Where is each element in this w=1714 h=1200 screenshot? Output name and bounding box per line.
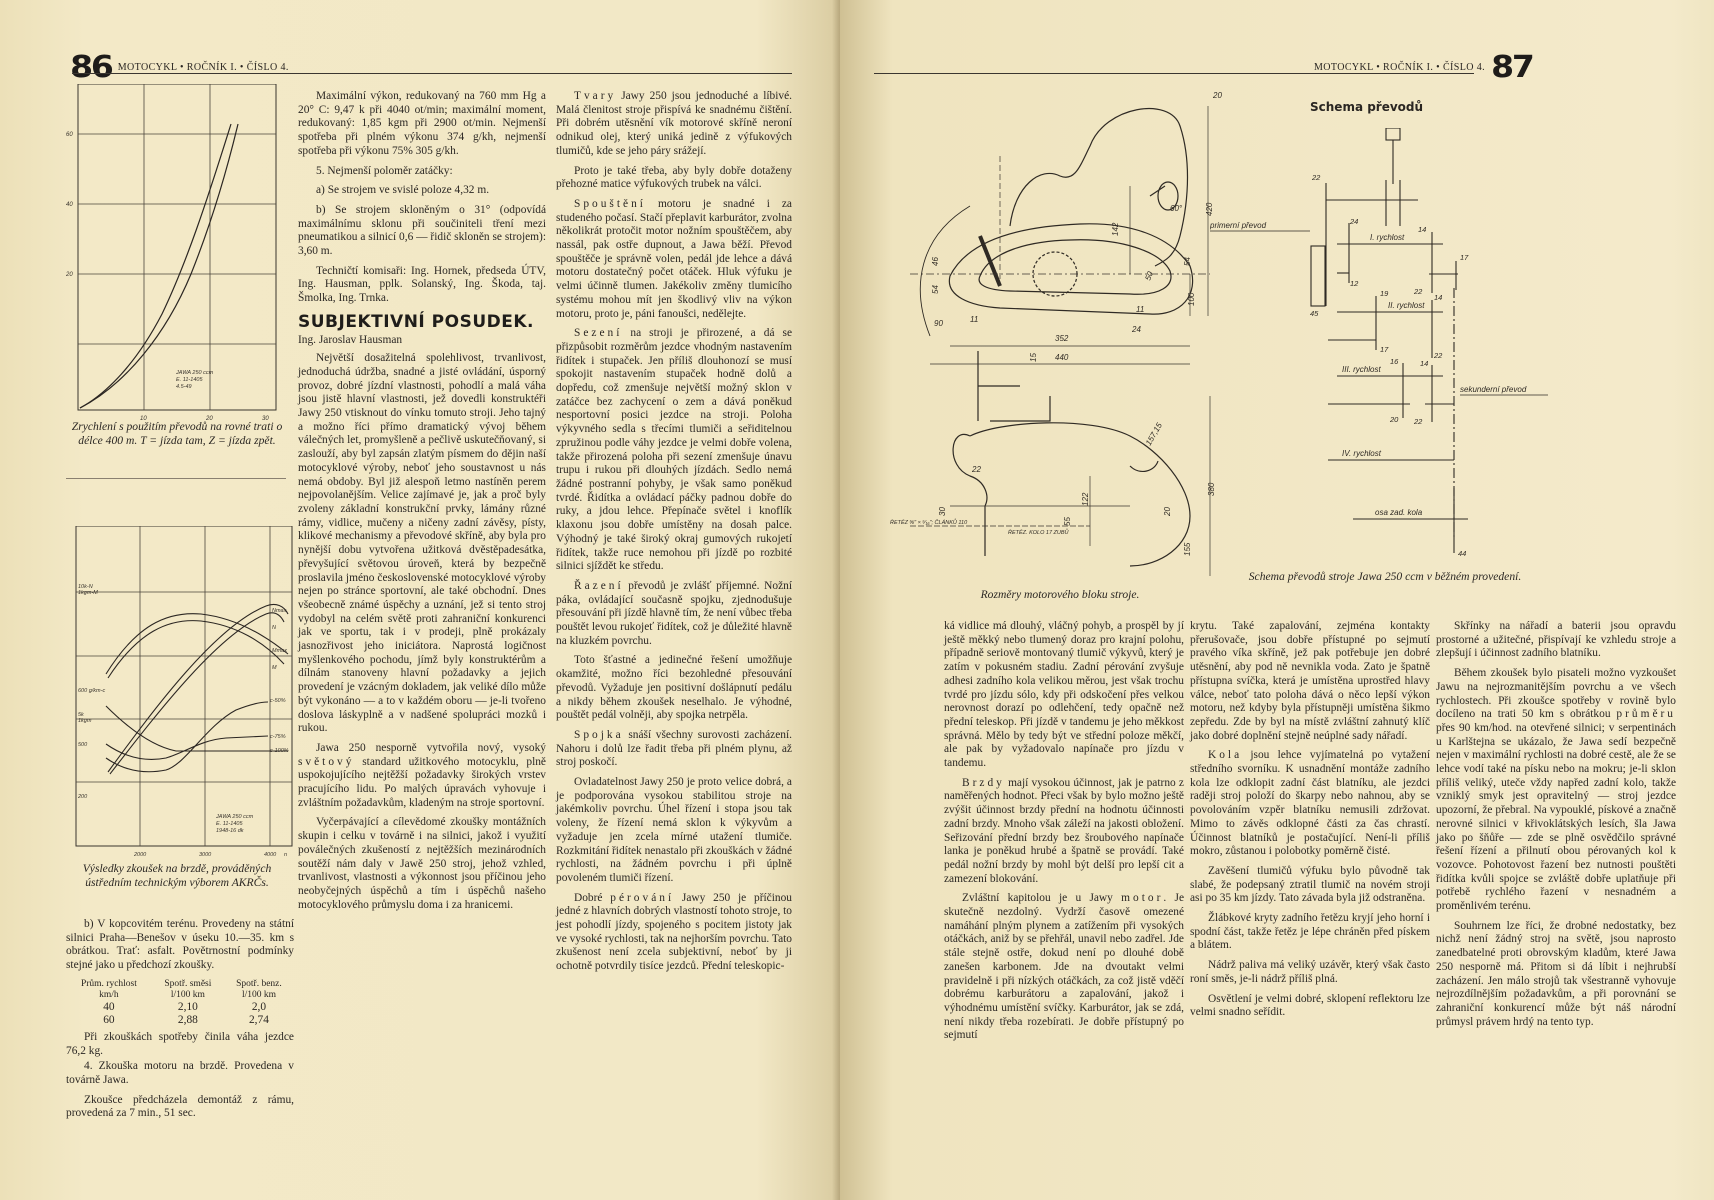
svg-text:600 g/km-c: 600 g/km-c xyxy=(78,688,105,694)
svg-text:122: 122 xyxy=(1081,492,1090,506)
page-number: 86 xyxy=(70,50,112,85)
paragraph: Spouštění motoru je snadné i za studenéh… xyxy=(556,198,792,321)
table-header-row: Prům. rychlostkm/h Spotř. směsil/100 km … xyxy=(66,979,294,1001)
paragraph: Osvětlení je velmi dobré, sklopení refle… xyxy=(1190,993,1430,1020)
paragraph: Vyčerpávající a cílevědomé zkoušky montá… xyxy=(298,816,546,912)
running-header-right: MOTOCYKL • ROČNÍK I. • ČÍSLO 4. 87 xyxy=(1314,50,1531,85)
running-header-title: MOTOCYKL • ROČNÍK I. • ČÍSLO 4. xyxy=(1314,62,1485,73)
svg-text:200: 200 xyxy=(77,794,88,800)
svg-text:Nmax: Nmax xyxy=(272,608,287,614)
svg-text:JAWA 250 ccm: JAWA 250 ccm xyxy=(175,370,214,376)
svg-text:III. rychlost: III. rychlost xyxy=(1342,365,1381,374)
paragraph: Maximální výkon, redukovaný na 760 mm Hg… xyxy=(298,90,546,159)
svg-text:E. 11-1405: E. 11-1405 xyxy=(176,377,203,383)
engine-drawing-caption: Rozměry motorového bloku stroje. xyxy=(940,588,1180,602)
svg-text:100: 100 xyxy=(1187,292,1196,306)
svg-text:60°: 60° xyxy=(1170,204,1183,213)
header-rule xyxy=(72,73,792,74)
paragraph: Během zkoušek bylo pisateli možno vyzkou… xyxy=(1436,667,1676,914)
paragraph: Při zkouškách spotřeby činila váha jezdc… xyxy=(66,1031,294,1058)
svg-text:17: 17 xyxy=(1380,345,1389,354)
svg-text:22: 22 xyxy=(1311,173,1321,182)
svg-text:JAWA 250 ccm: JAWA 250 ccm xyxy=(215,814,254,820)
paragraph: krytu. Také zapalování, zejména kontakty… xyxy=(1190,620,1430,743)
acceleration-chart-caption: Zrychlení s použitím převodů na rovné tr… xyxy=(64,420,290,448)
svg-text:157,15: 157,15 xyxy=(1144,421,1164,447)
svg-text:n: n xyxy=(284,852,287,856)
right-column-2-text: krytu. Také zapalování, zejména kontakty… xyxy=(1190,620,1430,1026)
cell: 2,10 xyxy=(152,1001,224,1014)
svg-text:45: 45 xyxy=(1310,309,1319,318)
svg-text:E. 11-1405: E. 11-1405 xyxy=(216,821,243,827)
svg-text:22: 22 xyxy=(1433,351,1443,360)
svg-text:12: 12 xyxy=(1350,279,1359,288)
gear-schema-diagram: 22241245 141722 19141722 16142022 44 pri… xyxy=(1210,128,1550,568)
paragraph: Nádrž paliva má veliký uzávěr, který vša… xyxy=(1190,959,1430,986)
left-column-2-text: Maximální výkon, redukovaný na 760 mm Hg… xyxy=(298,90,546,918)
left-column-3-text: Tvary Jawy 250 jsou jednoduché a líbivé.… xyxy=(556,90,792,980)
svg-text:24: 24 xyxy=(1131,325,1141,334)
paragraph: Ovladatelnost Jawy 250 je proto velice d… xyxy=(556,776,792,886)
cell: 60 xyxy=(66,1014,152,1027)
svg-text:17: 17 xyxy=(1460,253,1469,262)
article-heading: SUBJEKTIVNÍ POSUDEK. xyxy=(298,316,546,330)
svg-text:20: 20 xyxy=(66,272,73,278)
paragraph: Sezení na stroji je přirozené, a dá se p… xyxy=(556,327,792,574)
svg-text:sekunderní převod: sekunderní převod xyxy=(1460,385,1527,394)
column-header: Prům. rychlostkm/h xyxy=(66,979,152,1001)
paragraph: a) Se strojem ve svislé poloze 4,32 m. xyxy=(298,184,546,198)
svg-text:ŘETĚZ ⅝" × ⁵⁄₁₆"; ČLÁNKŮ 110: ŘETĚZ ⅝" × ⁵⁄₁₆"; ČLÁNKŮ 110 xyxy=(890,518,968,526)
svg-text:3000: 3000 xyxy=(199,852,212,856)
paragraph: Dobré pérování Jawy 250 je příčinou jedn… xyxy=(556,892,792,974)
svg-text:24: 24 xyxy=(1349,217,1358,226)
page-87: MOTOCYKL • ROČNÍK I. • ČÍSLO 4. 87 xyxy=(840,0,1714,1200)
svg-text:N: N xyxy=(272,625,276,631)
svg-text:osa zad. kola: osa zad. kola xyxy=(1375,508,1423,517)
column-header: Spotř. benz.l/100 km xyxy=(224,979,294,1001)
cell: 40 xyxy=(66,1001,152,1014)
svg-text:1948-16 dk: 1948-16 dk xyxy=(216,828,244,834)
paragraph: Kola jsou lehce vyjímatelná po vytažení … xyxy=(1190,749,1430,859)
page-86: 86 MOTOCYKL • ROČNÍK I. • ČÍSLO 4. 60402… xyxy=(0,0,840,1200)
paragraph: b) V kopcovitém terénu. Provedeny na stá… xyxy=(66,918,294,973)
running-header-left: 86 MOTOCYKL • ROČNÍK I. • ČÍSLO 4. xyxy=(72,50,289,85)
svg-text:20: 20 xyxy=(1389,415,1399,424)
svg-text:54: 54 xyxy=(931,285,940,294)
svg-text:352: 352 xyxy=(1055,334,1069,343)
svg-text:20: 20 xyxy=(1163,507,1172,517)
svg-text:I. rychlost: I. rychlost xyxy=(1370,233,1405,242)
svg-text:1kgm: 1kgm xyxy=(78,718,92,724)
svg-text:c-75%: c-75% xyxy=(270,734,286,740)
right-column-1-text: ká vidlice má dlouhý, vláčný pohyb, a pr… xyxy=(944,620,1184,1049)
paragraph: 5. Nejmenší poloměr zatáčky: xyxy=(298,165,546,179)
svg-text:40: 40 xyxy=(66,202,73,208)
svg-text:1kgm-M: 1kgm-M xyxy=(78,590,98,596)
svg-text:Mmax: Mmax xyxy=(272,648,287,654)
svg-text:500: 500 xyxy=(78,742,88,748)
svg-text:22: 22 xyxy=(1413,417,1423,426)
svg-text:44: 44 xyxy=(1458,549,1466,558)
svg-text:440: 440 xyxy=(1055,353,1069,362)
svg-text:60: 60 xyxy=(66,132,73,138)
svg-text:155: 155 xyxy=(1183,542,1192,556)
svg-text:11: 11 xyxy=(1136,305,1144,314)
svg-text:14: 14 xyxy=(1420,359,1428,368)
paragraph: Zvláštní kapitolou je u Jawy motor. Je s… xyxy=(944,892,1184,1043)
paragraph: Techničtí komisaři: Ing. Hornek, předsed… xyxy=(298,265,546,306)
svg-text:II. rychlost: II. rychlost xyxy=(1388,301,1425,310)
svg-text:14: 14 xyxy=(1434,293,1442,302)
figure-divider xyxy=(66,478,286,479)
svg-text:4000: 4000 xyxy=(264,852,277,856)
running-header-title: MOTOCYKL • ROČNÍK I. • ČÍSLO 4. xyxy=(118,62,289,73)
cell: 2,0 xyxy=(224,1001,294,1014)
right-column-3-text: Skřínky na nářadí a baterii jsou opravdu… xyxy=(1436,620,1676,1035)
paragraph: Souhrnem lze říci, že drobné nedostatky,… xyxy=(1436,920,1676,1030)
paragraph: b) Se strojem skloněným o 31° (odpovídá … xyxy=(298,204,546,259)
paragraph: Řazení převodů je zvlášť příjemné. Nožní… xyxy=(556,580,792,649)
dyno-chart-caption: Výsledky zkoušek na brzdě, prováděných ú… xyxy=(64,862,290,890)
page-number: 87 xyxy=(1491,50,1533,85)
cell: 2,74 xyxy=(224,1014,294,1027)
byline: Ing. Jaroslav Hausman xyxy=(298,334,546,348)
svg-text:30: 30 xyxy=(938,507,947,516)
paragraph: Žlábkové kryty zadního řetězu kryjí jeho… xyxy=(1190,912,1430,953)
fuel-consumption-table: Prům. rychlostkm/h Spotř. směsil/100 km … xyxy=(66,979,294,1027)
svg-text:15: 15 xyxy=(1029,353,1038,362)
svg-text:90: 90 xyxy=(934,319,943,328)
svg-text:16: 16 xyxy=(1390,357,1399,366)
paragraph: Spojka snáší všechny surovosti zacházení… xyxy=(556,729,792,770)
svg-text:55: 55 xyxy=(1063,517,1072,526)
svg-text:142: 142 xyxy=(1111,222,1120,236)
svg-text:c-100%: c-100% xyxy=(270,748,289,754)
svg-text:54: 54 xyxy=(1183,257,1192,266)
svg-text:M: M xyxy=(272,665,277,671)
engine-block-drawing: 20420 142 100 54 46 54 9011 352440 2411 … xyxy=(890,86,1230,586)
acceleration-chart: 604020 102030 JAWA 250 ccmE. 11-14054.5-… xyxy=(66,84,282,424)
svg-text:c-50%: c-50% xyxy=(270,698,286,704)
paragraph: Skřínky na nářadí a baterii jsou opravdu… xyxy=(1436,620,1676,661)
paragraph: Tvary Jawy 250 jsou jednoduché a líbivé.… xyxy=(556,90,792,159)
paragraph: Brzdy mají vysokou účinnost, jak je patr… xyxy=(944,777,1184,887)
svg-text:50: 50 xyxy=(1143,270,1155,282)
gear-schema-caption: Schema převodů stroje Jawa 250 ccm v běž… xyxy=(1240,570,1530,584)
paragraph: 4. Zkouška motoru na brzdě. Provedena v … xyxy=(66,1060,294,1087)
left-column-1-text: b) V kopcovitém terénu. Provedeny na stá… xyxy=(66,918,294,1127)
column-header: Spotř. směsil/100 km xyxy=(152,979,224,1001)
svg-text:19: 19 xyxy=(1380,289,1389,298)
svg-text:ŘETĚZ. KOLO 17 ZUBŮ: ŘETĚZ. KOLO 17 ZUBŮ xyxy=(1008,528,1069,536)
svg-text:22: 22 xyxy=(1413,287,1423,296)
svg-text:4.5-49: 4.5-49 xyxy=(176,384,192,390)
paragraph: Jawa 250 nesporně vytvořila nový, vysoký… xyxy=(298,742,546,811)
paragraph: Zkoušce předcházela demontáž z rámu, pro… xyxy=(66,1094,294,1121)
svg-text:14: 14 xyxy=(1418,225,1426,234)
svg-text:20: 20 xyxy=(1212,91,1222,100)
svg-text:11: 11 xyxy=(970,315,978,324)
paragraph: Proto je také třeba, aby byly dobře dota… xyxy=(556,165,792,192)
paragraph: Největší dosažitelná spolehlivost, trvan… xyxy=(298,352,546,736)
gear-schema-title: Schema převodů xyxy=(1310,100,1423,114)
paragraph: Toto šťastné a jedinečné řešení umožňuje… xyxy=(556,654,792,723)
svg-text:46: 46 xyxy=(931,257,940,266)
svg-text:22: 22 xyxy=(971,465,981,474)
dyno-test-chart: 10k-N1kgm-M 600 g/km-c5k1kgm 500200 Nmax… xyxy=(66,526,294,856)
cell: 2,88 xyxy=(152,1014,224,1027)
paragraph: Zavěšení tlumičů výfuku bylo původně tak… xyxy=(1190,865,1430,906)
table-row: 60 2,88 2,74 xyxy=(66,1014,294,1027)
svg-text:IV. rychlost: IV. rychlost xyxy=(1342,449,1382,458)
svg-text:2000: 2000 xyxy=(133,852,147,856)
paragraph: ká vidlice má dlouhý, vláčný pohyb, a pr… xyxy=(944,620,1184,771)
svg-text:primerní převod: primerní převod xyxy=(1210,221,1267,230)
table-row: 40 2,10 2,0 xyxy=(66,1001,294,1014)
